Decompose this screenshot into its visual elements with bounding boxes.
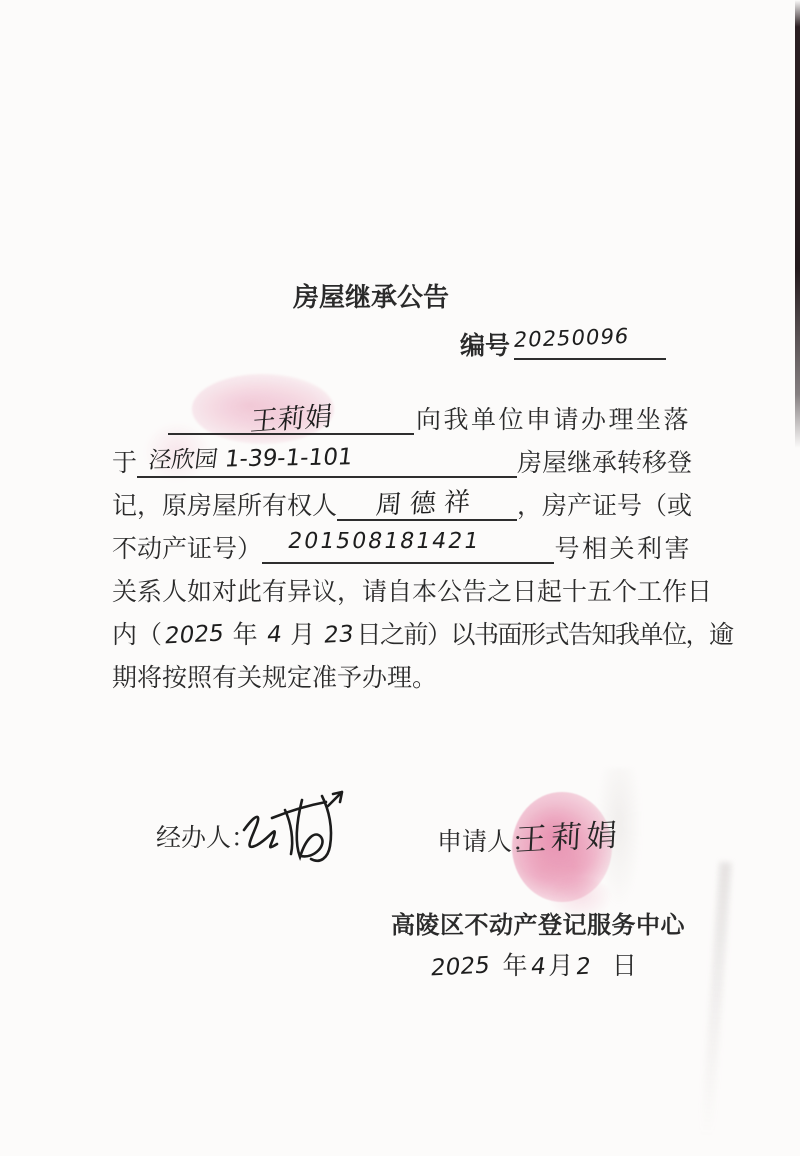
document-title: 房屋继承公告 — [293, 277, 449, 314]
line6-prefix: 内（ — [112, 621, 162, 650]
handler-signature — [230, 786, 362, 883]
issue-day-label: 日 — [612, 946, 637, 982]
body-line-3: 记，原房屋所有权人 周德祥 ，房产证号（或 — [112, 483, 692, 521]
issue-year-label: 年 — [503, 946, 528, 982]
applicant-name-blank: 王莉娟 — [168, 397, 414, 435]
issue-date-row: 2025 年 4 月 2 日 — [428, 946, 637, 982]
paper-crease — [700, 862, 731, 1137]
line1-text: 向我单位申请办理坐落 — [416, 406, 691, 435]
original-owner-handwritten: 周德祥 — [375, 481, 480, 522]
applicant-signature-handwritten: 王莉娟 — [515, 809, 623, 859]
issue-year-handwritten: 2025 — [429, 952, 491, 981]
handler-signature-scribble — [230, 786, 362, 878]
line4-suffix: 号相关利害 — [554, 535, 692, 564]
document-number-value: 20250096 — [512, 324, 631, 352]
certificate-number-blank: 201508181421 — [262, 526, 554, 564]
line4-prefix: 不动产证号） — [112, 535, 262, 564]
body-line-1: 王莉娟 向我单位申请办理坐落 — [112, 397, 692, 435]
deadline-day-handwritten: 23 — [323, 621, 356, 648]
applicant-name-handwritten: 王莉娟 — [248, 394, 333, 439]
year-label: 年 — [233, 621, 258, 650]
document-number-label: 编号 — [460, 333, 510, 361]
month-label: 月 — [290, 621, 315, 650]
line3-prefix: 记，原房屋所有权人 — [112, 492, 337, 521]
line6-suffix: 日之前）以书面形式告知我单位，逾 — [357, 621, 733, 650]
property-location-handwritten: 泾欣园 1-39-1-101 — [147, 438, 355, 475]
property-location-blank: 泾欣园 1-39-1-101 — [137, 440, 517, 478]
body-line-5: 关系人如对此有异议，请自本公告之日起十五个工作日 — [112, 569, 692, 607]
issue-month-handwritten: 4 — [529, 954, 547, 981]
body-line-6: 内（ 2025 年 4 月 23 日之前）以书面形式告知我单位，逾 — [112, 612, 692, 650]
body-line-2: 于 泾欣园 1-39-1-101 房屋继承转移登 — [112, 440, 692, 478]
body-line-4: 不动产证号） 201508181421 号相关利害 — [112, 526, 692, 564]
scan-edge-shadow — [795, 0, 800, 448]
document-number-row: 编号 20250096 — [460, 326, 666, 360]
line7-text: 期将按照有关规定准予办理。 — [112, 664, 437, 693]
line3-suffix: ，房产证号（或 — [517, 492, 692, 521]
issue-month-label: 月 — [548, 946, 573, 982]
deadline-year-handwritten: 2025 — [163, 620, 225, 649]
certificate-number-handwritten: 201508181421 — [286, 529, 482, 554]
line5-text: 关系人如对此有异议，请自本公告之日起十五个工作日 — [112, 578, 692, 607]
document-number-underline: 20250096 — [514, 326, 666, 360]
line2-suffix: 房屋继承转移登 — [517, 449, 692, 478]
scanned-document-page: 房屋继承公告 编号 20250096 王莉娟 向我单位申请办理坐落 于 泾欣园 … — [0, 0, 800, 1156]
original-owner-blank: 周德祥 — [337, 483, 517, 521]
deadline-month-handwritten: 4 — [265, 622, 283, 649]
issue-day-handwritten: 2 — [575, 954, 593, 981]
line2-prefix: 于 — [112, 449, 137, 478]
body-line-7: 期将按照有关规定准予办理。 — [112, 655, 692, 693]
issuing-org: 高陵区不动产登记服务中心 — [391, 905, 685, 940]
